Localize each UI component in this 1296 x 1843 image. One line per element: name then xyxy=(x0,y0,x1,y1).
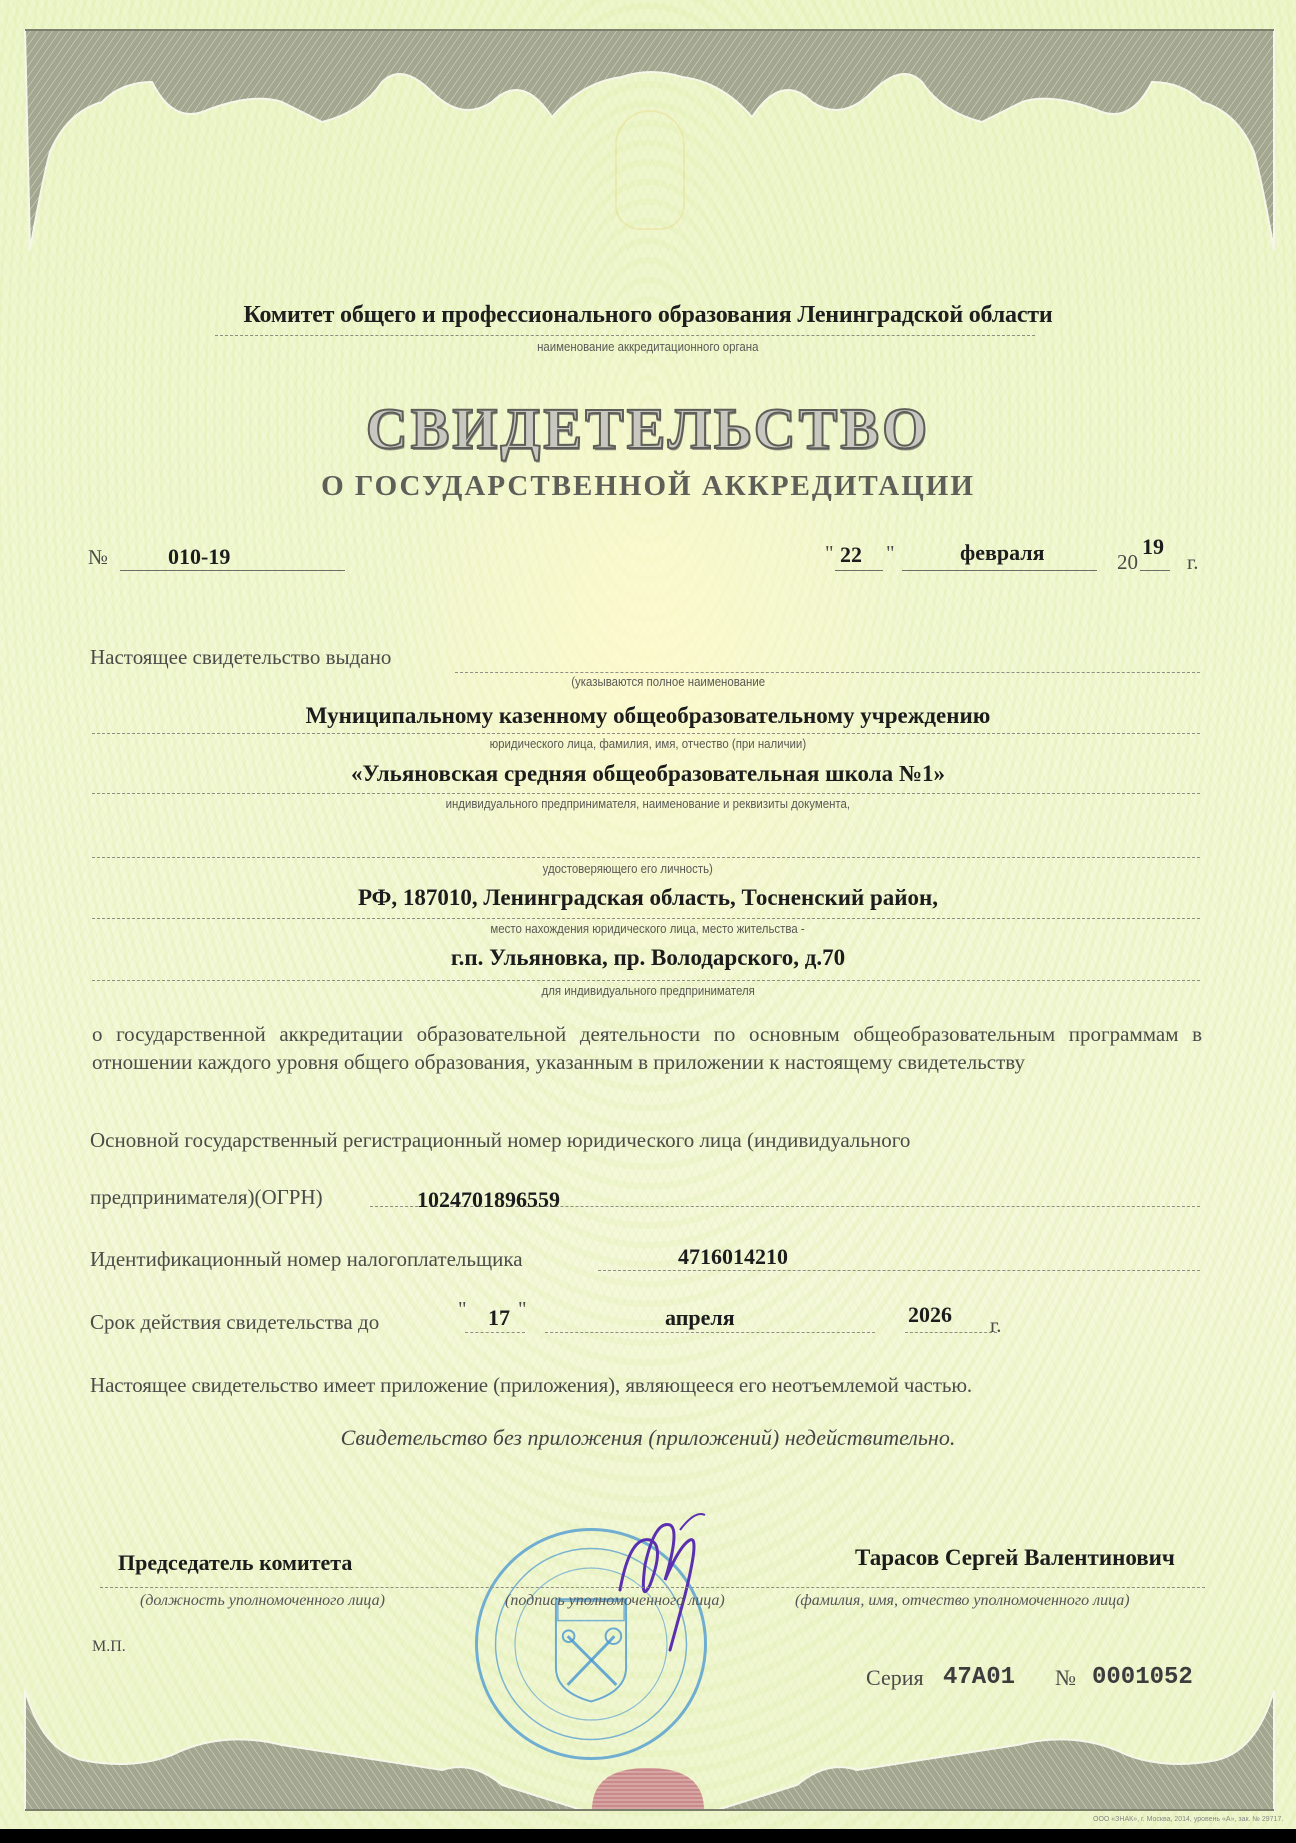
ogrn-value: 1024701896559 xyxy=(417,1187,560,1213)
number-label: № xyxy=(88,545,108,570)
caption-legal-entity: юридического лица, фамилия, имя, отчеств… xyxy=(490,736,807,751)
inn-label: Идентификационный номер налогоплательщик… xyxy=(90,1247,523,1272)
issue-year-prefix: 20 xyxy=(1117,550,1138,575)
issue-day: 22 xyxy=(840,542,862,568)
issue-year-suffix: 19 xyxy=(1142,534,1164,560)
blank-number-label: № xyxy=(1055,1665,1076,1691)
validity-year-label: г. xyxy=(990,1313,1002,1338)
caption-entrepreneur-residence: для индивидуального предпринимателя xyxy=(541,983,754,998)
document-subtitle: О ГОСУДАРСТВЕННОЙ АККРЕДИТАЦИИ xyxy=(0,470,1296,503)
name-caption: (фамилия, имя, отчество уполномоченного … xyxy=(795,1592,1130,1610)
caption-identity: удостоверяющего его личность) xyxy=(543,861,713,876)
organization-line-2: «Ульяновская средняя общеобразовательная… xyxy=(0,761,1296,787)
ogrn-label-line-2: предпринимателя)(ОГРН) xyxy=(90,1185,323,1210)
authority-name: Комитет общего и профессионального образ… xyxy=(0,302,1296,329)
position-caption: (должность уполномоченного лица) xyxy=(140,1592,385,1610)
signature-caption: (подпись уполномоченного лица) xyxy=(505,1592,725,1610)
caption-location: место нахождения юридического лица, мест… xyxy=(491,921,805,936)
caption-full-name: (указываются полное наименование xyxy=(571,674,765,689)
seal-place-label: М.П. xyxy=(92,1638,126,1656)
bottom-ornament-frame xyxy=(22,1690,1277,1820)
appendix-note: Настоящее свидетельство имеет приложение… xyxy=(90,1373,972,1398)
authority-caption: наименование аккредитационного органа xyxy=(537,339,758,354)
organization-line-1: Муниципальному казенному общеобразовател… xyxy=(0,703,1296,729)
blank-number: 0001052 xyxy=(1092,1664,1193,1691)
address-line-2: г.п. Ульяновка, пр. Володарского, д.70 xyxy=(0,945,1296,971)
certificate-number: 010-19 xyxy=(168,544,230,570)
series-label: Серия xyxy=(866,1665,924,1691)
signatory-name: Тарасов Сергей Валентинович xyxy=(855,1545,1175,1571)
accreditation-description: о государственной аккредитации образоват… xyxy=(92,1020,1202,1076)
ogrn-label-line-1: Основной государственный регистрационный… xyxy=(90,1128,910,1153)
printer-imprint: ООО «ЗНАК», г. Москва, 2014, уровень «А»… xyxy=(1093,1816,1283,1823)
issue-year-label: г. xyxy=(1187,550,1199,575)
authority-underline xyxy=(215,335,1035,336)
inn-value: 4716014210 xyxy=(678,1244,788,1270)
emblem-watermark xyxy=(615,110,685,230)
issued-to-label: Настоящее свидетельство выдано xyxy=(90,645,391,670)
validity-year: 2026 xyxy=(908,1302,952,1328)
validity-month: апреля xyxy=(665,1305,735,1331)
caption-entrepreneur: индивидуального предпринимателя, наимено… xyxy=(446,796,850,811)
signatory-position: Председатель комитета xyxy=(118,1550,352,1576)
address-line-1: РФ, 187010, Ленинградская область, Тосне… xyxy=(0,885,1296,911)
certificate-page: Комитет общего и профессионального образ… xyxy=(0,0,1296,1829)
validity-day: 17 xyxy=(488,1305,510,1331)
invalid-without-appendix-note: Свидетельство без приложения (приложений… xyxy=(0,1425,1296,1451)
document-title: СВИДЕТЕЛЬСТВО xyxy=(0,395,1296,462)
validity-label: Срок действия свидетельства до xyxy=(90,1310,379,1335)
series-value: 47А01 xyxy=(943,1664,1015,1691)
issue-month: февраля xyxy=(960,540,1045,566)
signature-icon xyxy=(610,1505,720,1655)
